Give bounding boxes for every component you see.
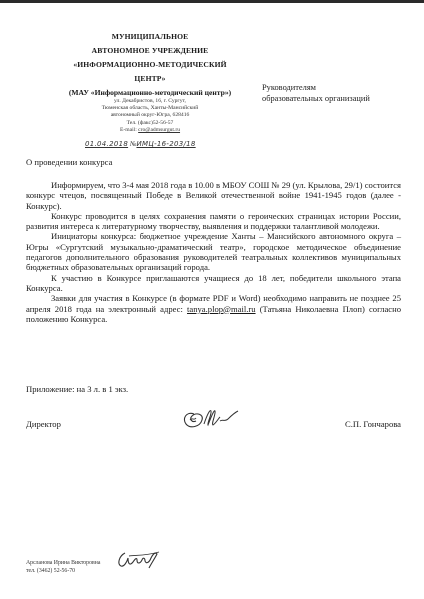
- org-email-link[interactable]: cro@admsurgut.ru: [138, 127, 180, 133]
- address-line: автономный округ-Югра, 628416: [55, 112, 245, 119]
- executor-name: Арсланова Ирина Викторовна: [26, 560, 100, 568]
- org-name-line-3: «ИНФОРМАЦИОННО-МЕТОДИЧЕСКИЙ: [55, 58, 245, 72]
- contact-email-link[interactable]: tanya.plop@mail.ru: [187, 304, 256, 314]
- director-signature-icon: [180, 405, 242, 436]
- executor-phone: тел. (3462) 52-56-70: [26, 568, 100, 576]
- org-short-name: (МАУ «Информационно-методический центр»): [55, 87, 245, 98]
- email-line: E-mail: cro@admsurgut.ru: [55, 127, 245, 134]
- addressee: Руководителям образовательных организаци…: [262, 83, 370, 104]
- addressee-line-2: образовательных организаций: [262, 94, 370, 105]
- letterhead: МУНИЦИПАЛЬНОЕ АВТОНОМНОЕ УЧРЕЖДЕНИЕ «ИНФ…: [55, 30, 245, 134]
- letter-body: Информируем, что 3-4 мая 2018 года в 10.…: [26, 180, 401, 324]
- email-label: E-mail:: [120, 127, 138, 133]
- body-paragraph-5: Заявки для участия в Конкурсе (в формате…: [26, 293, 401, 324]
- signer-name: С.П. Гончарова: [345, 419, 401, 429]
- registration-line: 01.04.2018 №ИМЦ-16-203/18: [85, 140, 196, 148]
- registration-date: 01.04.2018: [85, 140, 128, 148]
- body-paragraph-1: Информируем, что 3-4 мая 2018 года в 10.…: [26, 180, 401, 211]
- org-name-line-1: МУНИЦИПАЛЬНОЕ: [55, 30, 245, 44]
- executor-info: Арсланова Ирина Викторовна тел. (3462) 5…: [26, 560, 100, 575]
- registration-number: ИМЦ-16-203/18: [136, 140, 195, 148]
- body-paragraph-3: Инициаторы конкурса: бюджетное учреждени…: [26, 231, 401, 272]
- letter-subject: О проведении конкурса: [26, 157, 112, 167]
- org-address: ул. Декабристов, 16, г. Сургут, Тюменска…: [55, 98, 245, 134]
- org-name-line-2: АВТОНОМНОЕ УЧРЕЖДЕНИЕ: [55, 44, 245, 58]
- executor-signature-icon: [115, 548, 163, 577]
- body-paragraph-2: Конкурс проводится в целях сохранения па…: [26, 211, 401, 232]
- org-name-line-4: ЦЕНТР»: [55, 72, 245, 86]
- scan-border: [0, 0, 424, 3]
- body-paragraph-4: К участию в Конкурсе приглашаются учащие…: [26, 273, 401, 294]
- attachment-note: Приложение: на 3 л. в 1 экз.: [26, 384, 128, 394]
- phone-line: Тел. (факс)52-56-57: [55, 120, 245, 127]
- signer-role: Директор: [26, 419, 61, 429]
- addressee-line-1: Руководителям: [262, 83, 370, 94]
